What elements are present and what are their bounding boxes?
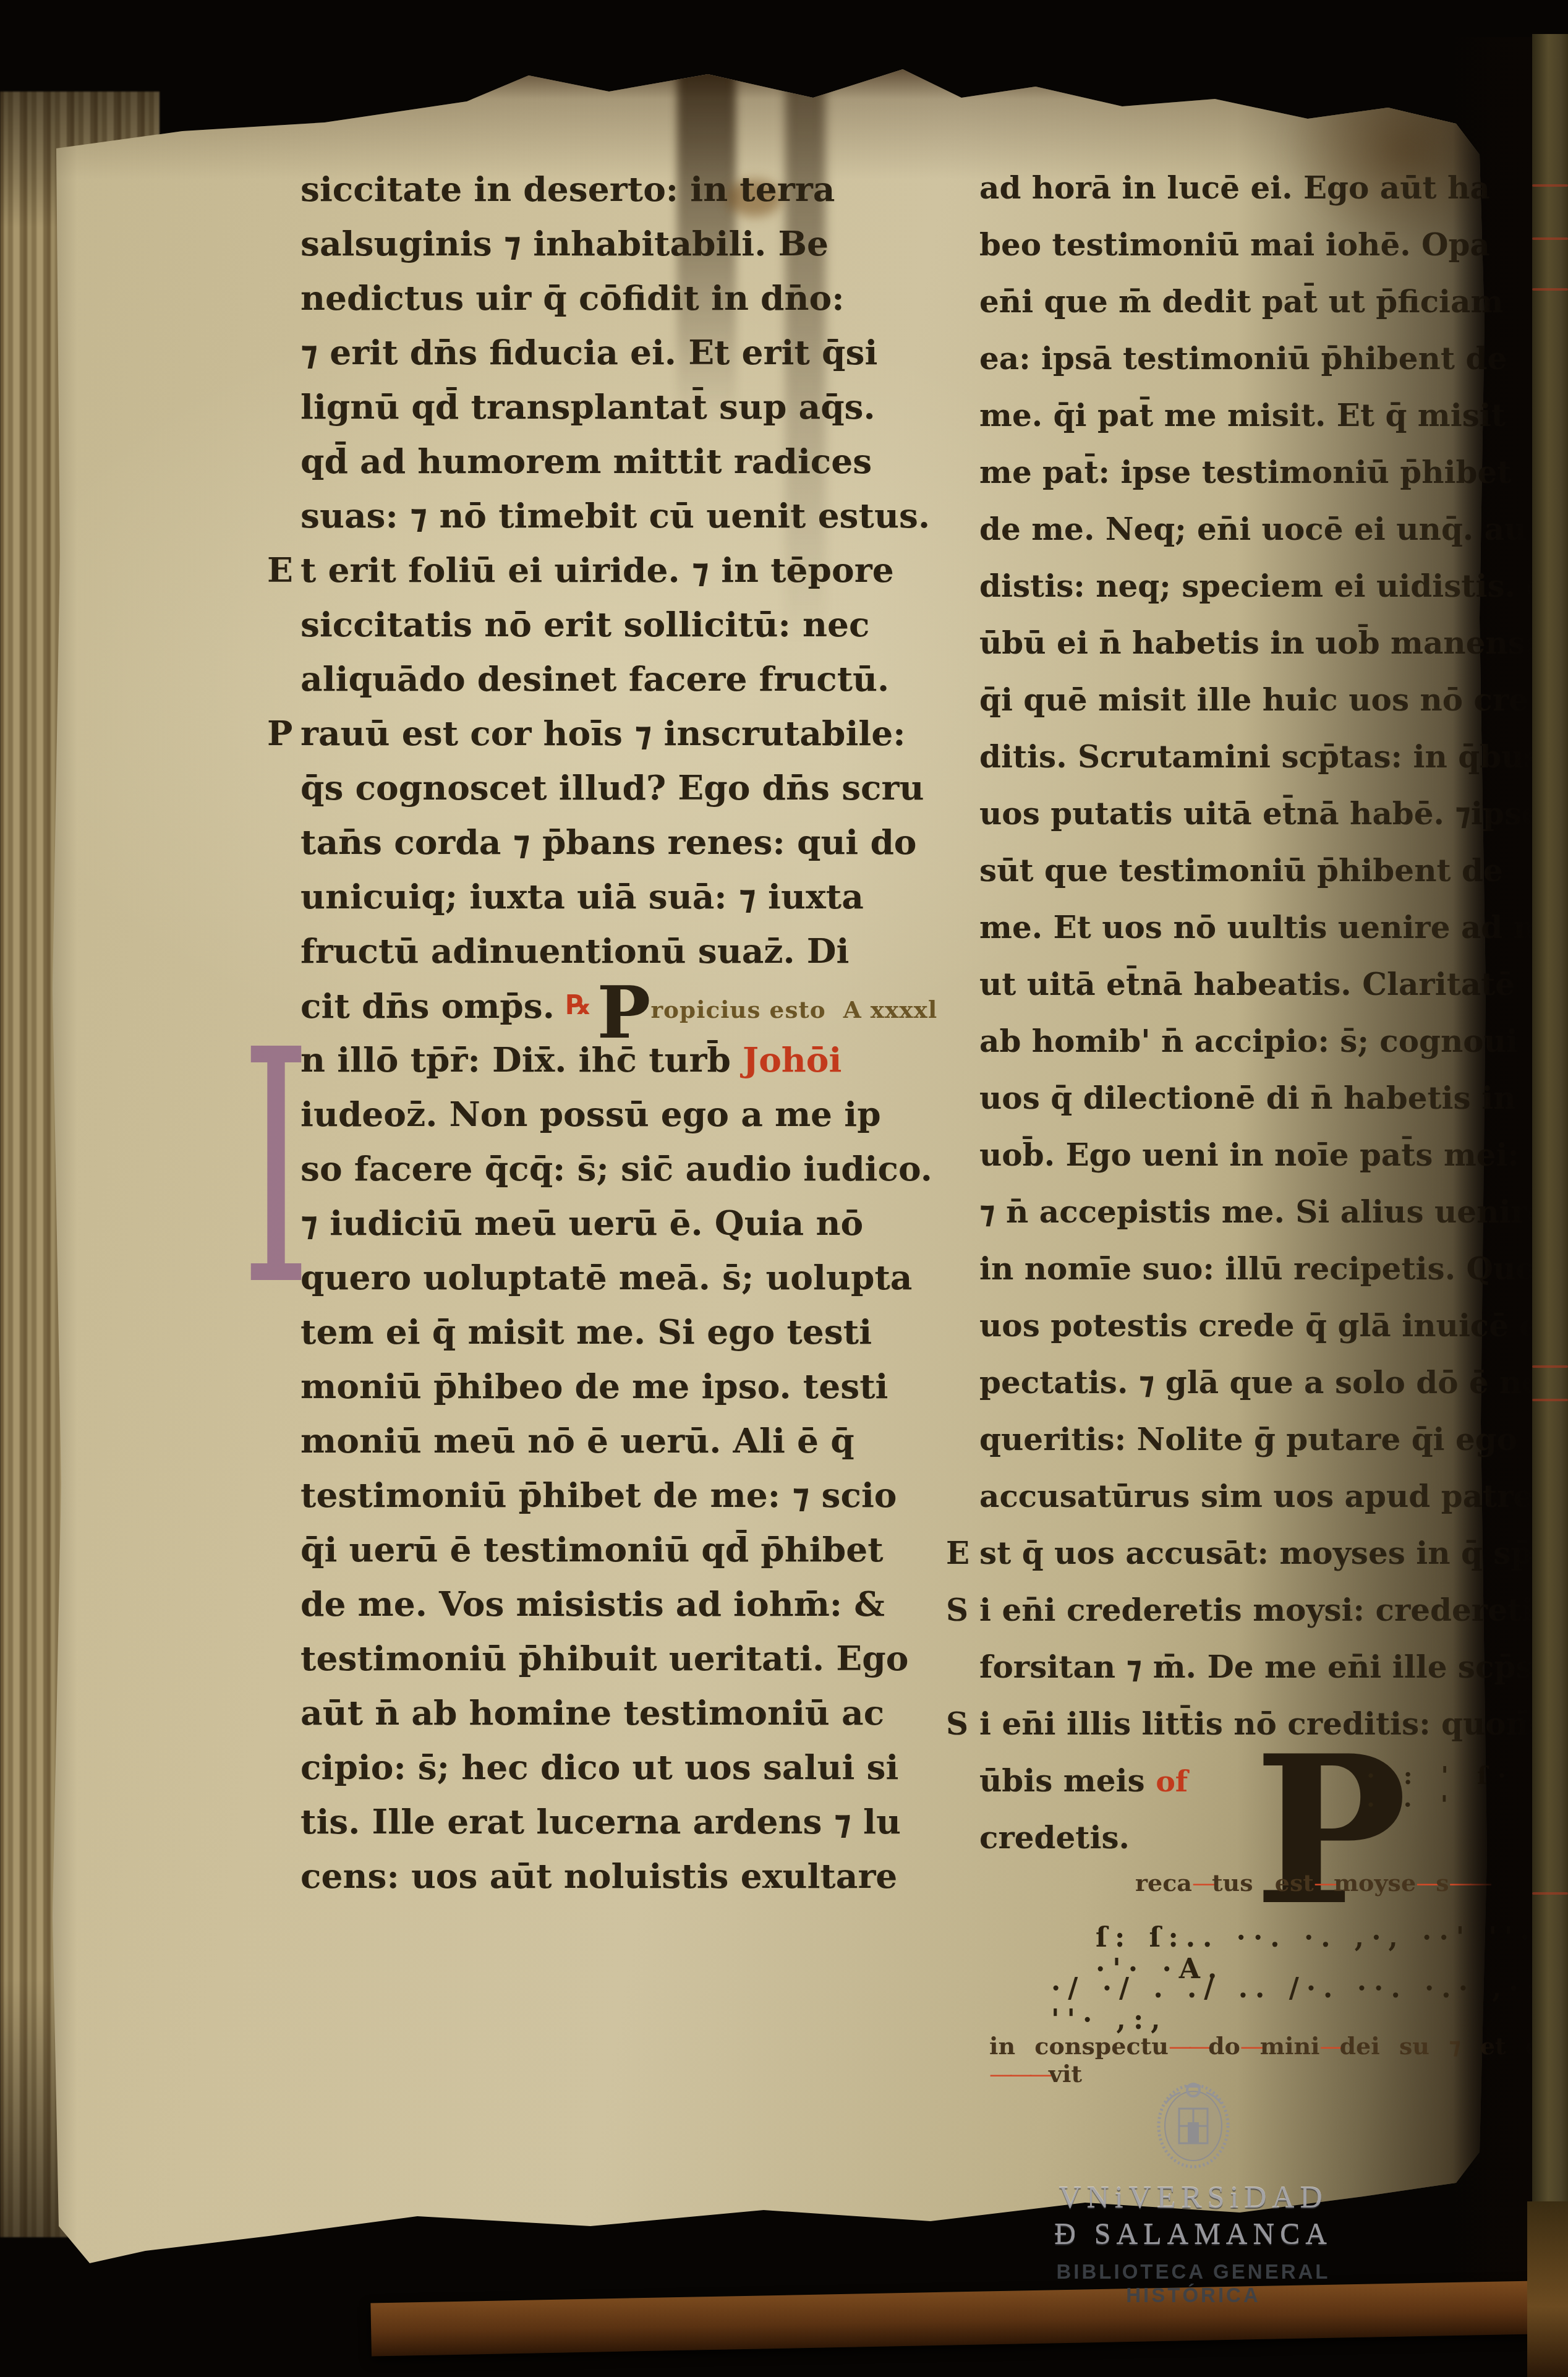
text-segment: en̄i que m̄ dedit pat̄ ut p̄ficiam — [979, 283, 1503, 320]
text-segment: me pat̄: ipse testimoniū p̄hibet — [979, 454, 1511, 490]
text-segment: mini — [1260, 2032, 1320, 2060]
text-line: tis. Ille erat lucerna ardens ⁊ lu — [300, 1794, 937, 1849]
text-line: unicuiq; iuxta uiā suā: ⁊ iuxta — [300, 869, 937, 924]
text-segment: siccitatis nō erit sollicitū: nec — [300, 604, 869, 644]
text-segment: de me. Neq; en̄i uocē ei unq̄. au — [979, 511, 1527, 547]
text-segment: credetis. — [979, 1819, 1130, 1856]
staff-line — [1532, 1365, 1568, 1368]
text-line: suas: ⁊ nō timebit cū uenit estus. — [300, 489, 937, 543]
text-line: ⁊ iudiciū meū uerū ē. Quia nō — [300, 1196, 937, 1250]
text-segment: moniū p̄hibeo de me ipso. testi — [300, 1366, 888, 1406]
text-segment: in conspectu — [989, 2032, 1169, 2060]
text-line: nedictus uir q̄ cōfidit in dn̄o: — [300, 271, 937, 325]
text-segment: s — [1436, 1869, 1449, 1897]
staff-line — [1532, 237, 1568, 240]
staff-line — [1532, 184, 1568, 187]
text-segment: A xxxxl — [826, 996, 937, 1023]
text-segment: ūbis meis — [979, 1762, 1156, 1799]
text-segment: t erit foliū ei uiride. ⁊ in tēpore — [300, 550, 894, 590]
text-segment: —— — [1169, 2033, 1208, 2060]
text-line: cipio: s̄; hec dico ut uos salui si — [300, 1740, 937, 1794]
binding-leather-corner — [1527, 2201, 1568, 2377]
staff-line — [1532, 1399, 1568, 1401]
text-line: so facere q̄cq̄: s̄; sic̄ audio iudico. — [300, 1142, 937, 1196]
text-line: siccitate in deserto: in terra — [300, 162, 937, 216]
text-segment: nedictus uir q̄ cōfidit in dn̄o: — [300, 278, 844, 318]
text-segment: — — [1314, 1869, 1334, 1897]
text-segment: ⁊ erit dn̄s fiducia ei. Et erit q̄si — [300, 332, 877, 372]
text-segment: ab homib' n̄ accipio: s̄; cognoui — [979, 1023, 1518, 1059]
text-segment: qd̄ ad humorem mittit radices — [300, 441, 872, 481]
text-segment: so facere q̄cq̄: s̄; sic̄ audio iudico. — [300, 1148, 932, 1188]
text-segment: lignū qd̄ transplantat̄ sup aq̄s. — [300, 386, 876, 427]
text-line: de me. Vos misistis ad iohm̄: & — [300, 1577, 937, 1631]
text-segment: rauū est cor hoīs ⁊ inscrutabile: — [300, 713, 905, 753]
text-line: cens: uos aūt noluistis exultare — [300, 1849, 937, 1903]
text-segment: sūt que testimoniū p̄hibent de — [979, 852, 1503, 889]
text-line: cit dn̄s omp̄s. ℞Propicius esto A xxxxl — [300, 978, 937, 1033]
text-segment: fructū adinuentionū suaz̄. Di — [300, 931, 849, 971]
text-segment: ⁊ iudiciū meū uerū ē. Quia nō — [300, 1203, 863, 1243]
text-line: tem ei q̄ misit me. Si ego testi — [300, 1305, 937, 1359]
text-line: moniū meū nō ē uerū. Ali ē q̄ — [300, 1414, 937, 1468]
text-segment: unicuiq; iuxta uiā suā: ⁊ iuxta — [300, 876, 864, 916]
text-line: salsuginis ⁊ inhabitabili. Be — [300, 216, 937, 271]
text-line: Prauū est cor hoīs ⁊ inscrutabile: — [300, 706, 937, 761]
purple-initial-I: I — [241, 1014, 311, 1323]
photo-background: siccitate in deserto: in terrasalsuginis… — [0, 0, 1568, 2377]
text-segment: testimoniū p̄hibet de me: ⁊ scio — [300, 1475, 897, 1515]
text-segment: moyse — [1334, 1869, 1416, 1897]
text-line: q̄s cognoscet illud? Ego dn̄s scru — [300, 761, 937, 815]
text-segment: ea: ipsā testimoniū p̄hibent de — [979, 340, 1507, 377]
text-line: testimoniū p̄hibet de me: ⁊ scio — [300, 1468, 937, 1522]
text-line: aūt n̄ ab homine testimoniū ac — [300, 1686, 937, 1740]
stamp-university: VNiVERSiDAD — [1008, 2179, 1379, 2215]
left-column: siccitate in deserto: in terrasalsuginis… — [300, 162, 937, 1903]
text-segment: queritis: Nolite ḡ putare q̄i ego — [979, 1421, 1517, 1457]
text-segment: uob̄. Ego ueni in noīe pat̄s mei: — [979, 1137, 1519, 1173]
text-segment: of — [1156, 1764, 1188, 1799]
text-segment: tan̄s corda ⁊ p̄bans renes: qui do — [300, 822, 917, 862]
text-segment: tus est — [1212, 1869, 1314, 1897]
text-line: iudeoz̄. Non possū ego a me ip — [300, 1087, 937, 1142]
text-segment: — — [1416, 1869, 1436, 1897]
staff-line — [1532, 288, 1568, 291]
text-segment: me. q̄i pat̄ me misit. Et q̄ misit — [979, 397, 1506, 433]
text-segment: reca — [1135, 1869, 1192, 1897]
text-line: quero uoluptatē meā. s̄; uolupta — [300, 1250, 937, 1305]
text-line: fructū adinuentionū suaz̄. Di — [300, 924, 937, 978]
text-line: n illō tp̄r̄: Dix̄. ihc̄ turb̄ Johōi — [300, 1033, 937, 1087]
text-segment: tem ei q̄ misit me. Si ego testi — [300, 1312, 872, 1352]
text-segment: Johōi — [743, 1039, 842, 1080]
text-segment: ut uitā et̄nā habeatis. Claritatē — [979, 966, 1515, 1002]
text-segment: ℞ — [566, 989, 590, 1021]
text-segment: ropicius esto — [650, 996, 825, 1023]
library-stamp: VNiVERSiDAD Ð SALAMANCA BIBLIOTECA GENER… — [1008, 2073, 1379, 2307]
stamp-library: BIBLIOTECA GENERAL HISTÓRICA — [1008, 2260, 1379, 2307]
gutter-shadow — [1453, 37, 1533, 2337]
text-segment: q̄s cognoscet illud? Ego dn̄s scru — [300, 767, 924, 808]
text-segment: beo testimoniū mai iohē. Opa — [979, 226, 1490, 263]
text-segment: n illō tp̄r̄: Dix̄. ihc̄ turb̄ — [300, 1039, 743, 1080]
text-line: moniū p̄hibeo de me ipso. testi — [300, 1359, 937, 1414]
text-line: tan̄s corda ⁊ p̄bans renes: qui do — [300, 815, 937, 869]
text-segment: salsuginis ⁊ inhabitabili. Be — [300, 223, 829, 263]
text-segment: — — [1320, 2033, 1340, 2060]
text-segment: tis. Ille erat lucerna ardens ⁊ lu — [300, 1801, 901, 1841]
text-segment: testimoniū p̄hibuit ueritati. Ego — [300, 1638, 908, 1678]
text-segment: iudeoz̄. Non possū ego a me ip — [300, 1094, 881, 1134]
text-segment: q̄i quē misit ille huic uos nō cre — [979, 681, 1528, 718]
text-segment: q̄i uerū ē testimoniū qd̄ p̄hibet — [300, 1529, 884, 1569]
text-line: ⁊ erit dn̄s fiducia ei. Et erit q̄si — [300, 325, 937, 380]
text-segment: de me. Vos misistis ad iohm̄: & — [300, 1584, 885, 1624]
text-segment: siccitate in deserto: in terra — [300, 169, 835, 209]
text-segment: — — [1240, 2033, 1260, 2060]
text-line: lignū qd̄ transplantat̄ sup aq̄s. — [300, 380, 937, 434]
binding-leather — [370, 2280, 1568, 2356]
chant-text-line: reca—tus est—moyse—s—— — [1135, 1869, 1489, 1897]
text-segment: moniū meū nō ē uerū. Ali ē q̄ — [300, 1420, 854, 1461]
text-segment: cipio: s̄; hec dico ut uos salui si — [300, 1747, 898, 1787]
text-segment: do — [1208, 2032, 1240, 2060]
text-line: aliquādo desinet facere fructū. — [300, 652, 937, 706]
text-line: siccitatis nō erit sollicitū: nec — [300, 597, 937, 652]
stamp-salamanca: Ð SALAMANCA — [1008, 2217, 1379, 2251]
text-segment: aliquādo desinet facere fructū. — [300, 659, 889, 699]
text-segment: — — [1192, 1869, 1212, 1897]
text-segment: uos q̄ dilectionē di n̄ habetis in — [979, 1080, 1515, 1116]
text-segment: cens: uos aūt noluistis exultare — [300, 1856, 897, 1896]
text-line: q̄i uerū ē testimoniū qd̄ p̄hibet — [300, 1522, 937, 1577]
staff-line — [1532, 1892, 1568, 1895]
text-line: qd̄ ad humorem mittit radices — [300, 434, 937, 489]
facing-page-sliver — [1532, 34, 1568, 2334]
text-segment: ad horā in lucē ei. Ego aūt ha — [979, 169, 1490, 206]
university-seal-icon — [1147, 2073, 1240, 2174]
text-line: Et erit foliū ei uiride. ⁊ in tēpore — [300, 543, 937, 597]
text-segment: suas: ⁊ nō timebit cū uenit estus. — [300, 495, 930, 536]
text-line: testimoniū p̄hibuit ueritati. Ego — [300, 1631, 937, 1686]
text-segment: quero uoluptatē meā. s̄; uolupta — [300, 1257, 912, 1297]
text-segment: cit dn̄s omp̄s. — [300, 986, 566, 1026]
text-segment: aūt n̄ ab homine testimoniū ac — [300, 1692, 884, 1733]
